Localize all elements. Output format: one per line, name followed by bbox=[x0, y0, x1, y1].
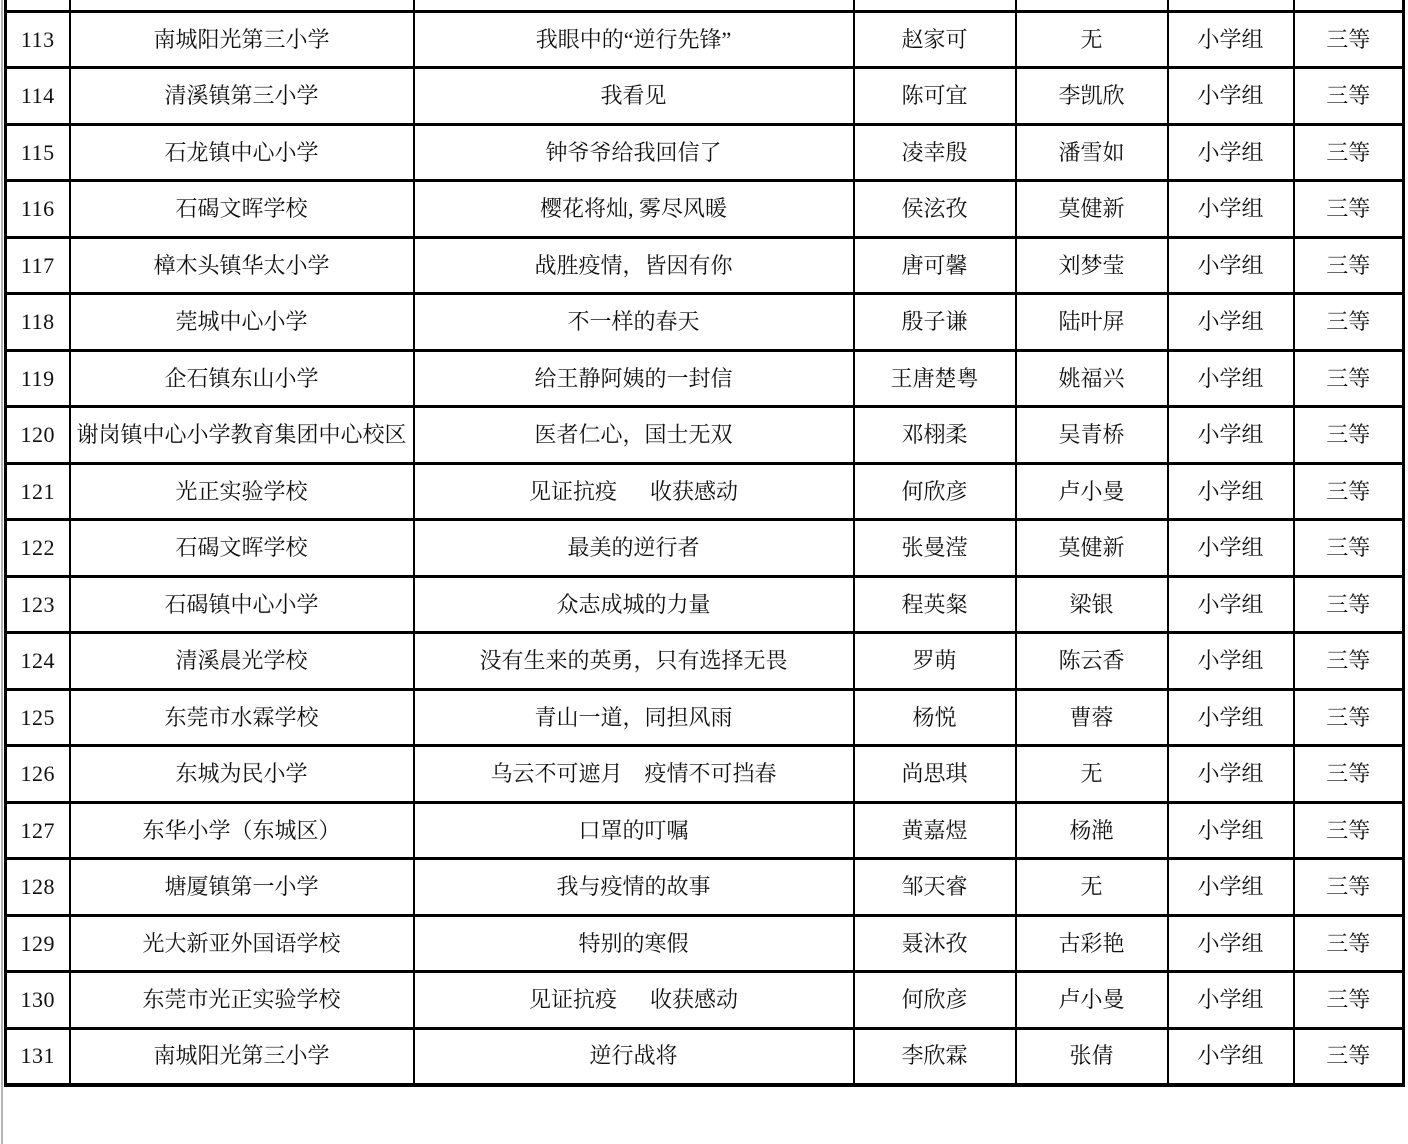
table-row: 131 南城阳光第三小学 逆行战将 李欣霖 张倩 小学组 三等 bbox=[6, 1028, 1404, 1085]
partial-cell bbox=[70, 0, 414, 11]
cell-award: 三等 bbox=[1294, 124, 1404, 181]
cell-group: 小学组 bbox=[1168, 124, 1294, 181]
cell-school: 石碣文晖学校 bbox=[70, 181, 414, 238]
cell-group: 小学组 bbox=[1168, 859, 1294, 916]
cell-title: 战胜疫情，皆因有你 bbox=[414, 237, 854, 294]
cell-no: 126 bbox=[6, 746, 70, 803]
cell-school: 光大新亚外国语学校 bbox=[70, 915, 414, 972]
cell-group: 小学组 bbox=[1168, 915, 1294, 972]
cell-award: 三等 bbox=[1294, 181, 1404, 238]
table-row: 126 东城为民小学 乌云不可遮月 疫情不可挡春 尚思琪 无 小学组 三等 bbox=[6, 746, 1404, 803]
cell-group: 小学组 bbox=[1168, 407, 1294, 464]
cell-title: 见证抗疫 收获感动 bbox=[414, 972, 854, 1029]
cell-school: 塘厦镇第一小学 bbox=[70, 859, 414, 916]
cell-no: 119 bbox=[6, 350, 70, 407]
cell-author: 侯泫孜 bbox=[854, 181, 1016, 238]
table-row: 117 樟木头镇华太小学 战胜疫情，皆因有你 唐可馨 刘梦莹 小学组 三等 bbox=[6, 237, 1404, 294]
cell-group: 小学组 bbox=[1168, 294, 1294, 351]
cell-teacher: 无 bbox=[1016, 746, 1168, 803]
cell-group: 小学组 bbox=[1168, 463, 1294, 520]
cell-author: 何欣彦 bbox=[854, 972, 1016, 1029]
cell-group: 小学组 bbox=[1168, 746, 1294, 803]
table-row: 113 南城阳光第三小学 我眼中的“逆行先锋” 赵家可 无 小学组 三等 bbox=[6, 11, 1404, 68]
cell-teacher: 卢小曼 bbox=[1016, 972, 1168, 1029]
cell-no: 124 bbox=[6, 633, 70, 690]
table-row: 123 石碣镇中心小学 众志成城的力量 程英粲 梁银 小学组 三等 bbox=[6, 576, 1404, 633]
cell-title: 我眼中的“逆行先锋” bbox=[414, 11, 854, 68]
cell-no: 118 bbox=[6, 294, 70, 351]
table-row: 125 东莞市水霖学校 青山一道，同担风雨 杨悦 曹蓉 小学组 三等 bbox=[6, 689, 1404, 746]
cell-school: 石龙镇中心小学 bbox=[70, 124, 414, 181]
partial-cell bbox=[1016, 0, 1168, 11]
cell-author: 罗萌 bbox=[854, 633, 1016, 690]
cell-school: 企石镇东山小学 bbox=[70, 350, 414, 407]
cell-no: 116 bbox=[6, 181, 70, 238]
cell-author: 赵家可 bbox=[854, 11, 1016, 68]
partial-cell bbox=[1294, 0, 1404, 11]
cell-author: 张曼滢 bbox=[854, 520, 1016, 577]
cell-school: 石碣镇中心小学 bbox=[70, 576, 414, 633]
cell-no: 127 bbox=[6, 802, 70, 859]
cell-group: 小学组 bbox=[1168, 689, 1294, 746]
cell-title: 乌云不可遮月 疫情不可挡春 bbox=[414, 746, 854, 803]
cell-group: 小学组 bbox=[1168, 576, 1294, 633]
cell-title: 逆行战将 bbox=[414, 1028, 854, 1085]
cell-school: 东城为民小学 bbox=[70, 746, 414, 803]
partial-row-top bbox=[6, 0, 1404, 11]
cell-title: 医者仁心，国士无双 bbox=[414, 407, 854, 464]
cell-teacher: 莫健新 bbox=[1016, 520, 1168, 577]
cell-no: 115 bbox=[6, 124, 70, 181]
table-row: 115 石龙镇中心小学 钟爷爷给我回信了 凌幸殷 潘雪如 小学组 三等 bbox=[6, 124, 1404, 181]
page-left-edge bbox=[1, 0, 3, 1144]
cell-author: 邓栩柔 bbox=[854, 407, 1016, 464]
cell-teacher: 梁银 bbox=[1016, 576, 1168, 633]
cell-author: 尚思琪 bbox=[854, 746, 1016, 803]
cell-school: 东莞市光正实验学校 bbox=[70, 972, 414, 1029]
cell-title: 青山一道，同担风雨 bbox=[414, 689, 854, 746]
cell-school: 石碣文晖学校 bbox=[70, 520, 414, 577]
cell-no: 128 bbox=[6, 859, 70, 916]
cell-teacher: 古彩艳 bbox=[1016, 915, 1168, 972]
cell-no: 117 bbox=[6, 237, 70, 294]
table-row: 120 谢岗镇中心小学教育集团中心校区 医者仁心，国士无双 邓栩柔 吴青桥 小学… bbox=[6, 407, 1404, 464]
cell-teacher: 陈云香 bbox=[1016, 633, 1168, 690]
cell-group: 小学组 bbox=[1168, 972, 1294, 1029]
cell-teacher: 曹蓉 bbox=[1016, 689, 1168, 746]
cell-award: 三等 bbox=[1294, 463, 1404, 520]
table-row: 122 石碣文晖学校 最美的逆行者 张曼滢 莫健新 小学组 三等 bbox=[6, 520, 1404, 577]
cell-teacher: 无 bbox=[1016, 11, 1168, 68]
cell-no: 120 bbox=[6, 407, 70, 464]
cell-title: 没有生来的英勇，只有选择无畏 bbox=[414, 633, 854, 690]
cell-group: 小学组 bbox=[1168, 633, 1294, 690]
cell-no: 113 bbox=[6, 11, 70, 68]
cell-award: 三等 bbox=[1294, 520, 1404, 577]
cell-award: 三等 bbox=[1294, 576, 1404, 633]
cell-school: 谢岗镇中心小学教育集团中心校区 bbox=[70, 407, 414, 464]
cell-title: 我与疫情的故事 bbox=[414, 859, 854, 916]
cell-award: 三等 bbox=[1294, 859, 1404, 916]
cell-title: 见证抗疫 收获感动 bbox=[414, 463, 854, 520]
cell-teacher: 张倩 bbox=[1016, 1028, 1168, 1085]
cell-award: 三等 bbox=[1294, 1028, 1404, 1085]
cell-no: 130 bbox=[6, 972, 70, 1029]
cell-school: 莞城中心小学 bbox=[70, 294, 414, 351]
cell-author: 陈可宜 bbox=[854, 68, 1016, 125]
cell-teacher: 莫健新 bbox=[1016, 181, 1168, 238]
table-row: 128 塘厦镇第一小学 我与疫情的故事 邹天睿 无 小学组 三等 bbox=[6, 859, 1404, 916]
cell-award: 三等 bbox=[1294, 294, 1404, 351]
partial-cell bbox=[414, 0, 854, 11]
cell-school: 东莞市水霖学校 bbox=[70, 689, 414, 746]
cell-title: 众志成城的力量 bbox=[414, 576, 854, 633]
cell-author: 程英粲 bbox=[854, 576, 1016, 633]
cell-author: 凌幸殷 bbox=[854, 124, 1016, 181]
document-page: 113 南城阳光第三小学 我眼中的“逆行先锋” 赵家可 无 小学组 三等 114… bbox=[0, 0, 1408, 1144]
cell-teacher: 吴青桥 bbox=[1016, 407, 1168, 464]
cell-author: 邹天睿 bbox=[854, 859, 1016, 916]
cell-no: 131 bbox=[6, 1028, 70, 1085]
cell-group: 小学组 bbox=[1168, 181, 1294, 238]
cell-no: 121 bbox=[6, 463, 70, 520]
cell-award: 三等 bbox=[1294, 633, 1404, 690]
cell-teacher: 杨滟 bbox=[1016, 802, 1168, 859]
cell-title: 樱花将灿, 雾尽风暖 bbox=[414, 181, 854, 238]
cell-title: 我看见 bbox=[414, 68, 854, 125]
cell-teacher: 潘雪如 bbox=[1016, 124, 1168, 181]
cell-title: 钟爷爷给我回信了 bbox=[414, 124, 854, 181]
cell-award: 三等 bbox=[1294, 802, 1404, 859]
cell-award: 三等 bbox=[1294, 915, 1404, 972]
cell-award: 三等 bbox=[1294, 407, 1404, 464]
cell-author: 黄嘉煜 bbox=[854, 802, 1016, 859]
table-row: 124 清溪晨光学校 没有生来的英勇，只有选择无畏 罗萌 陈云香 小学组 三等 bbox=[6, 633, 1404, 690]
cell-group: 小学组 bbox=[1168, 520, 1294, 577]
cell-author: 何欣彦 bbox=[854, 463, 1016, 520]
cell-group: 小学组 bbox=[1168, 11, 1294, 68]
cell-title: 给王静阿姨的一封信 bbox=[414, 350, 854, 407]
cell-author: 唐可馨 bbox=[854, 237, 1016, 294]
cell-teacher: 姚福兴 bbox=[1016, 350, 1168, 407]
cell-award: 三等 bbox=[1294, 689, 1404, 746]
awards-table: 113 南城阳光第三小学 我眼中的“逆行先锋” 赵家可 无 小学组 三等 114… bbox=[4, 0, 1405, 1087]
cell-school: 光正实验学校 bbox=[70, 463, 414, 520]
cell-author: 聂沐孜 bbox=[854, 915, 1016, 972]
partial-cell bbox=[1168, 0, 1294, 11]
cell-group: 小学组 bbox=[1168, 68, 1294, 125]
cell-title: 最美的逆行者 bbox=[414, 520, 854, 577]
cell-award: 三等 bbox=[1294, 68, 1404, 125]
cell-teacher: 陆叶屏 bbox=[1016, 294, 1168, 351]
cell-title: 特别的寒假 bbox=[414, 915, 854, 972]
cell-author: 殷子谦 bbox=[854, 294, 1016, 351]
cell-title: 口罩的叮嘱 bbox=[414, 802, 854, 859]
cell-school: 清溪镇第三小学 bbox=[70, 68, 414, 125]
cell-group: 小学组 bbox=[1168, 237, 1294, 294]
cell-no: 123 bbox=[6, 576, 70, 633]
table-row: 119 企石镇东山小学 给王静阿姨的一封信 王唐楚粤 姚福兴 小学组 三等 bbox=[6, 350, 1404, 407]
table-row: 121 光正实验学校 见证抗疫 收获感动 何欣彦 卢小曼 小学组 三等 bbox=[6, 463, 1404, 520]
cell-group: 小学组 bbox=[1168, 350, 1294, 407]
cell-no: 122 bbox=[6, 520, 70, 577]
cell-award: 三等 bbox=[1294, 237, 1404, 294]
cell-author: 杨悦 bbox=[854, 689, 1016, 746]
cell-school: 东华小学（东城区） bbox=[70, 802, 414, 859]
cell-school: 南城阳光第三小学 bbox=[70, 1028, 414, 1085]
table-row: 114 清溪镇第三小学 我看见 陈可宜 李凯欣 小学组 三等 bbox=[6, 68, 1404, 125]
table-row: 127 东华小学（东城区） 口罩的叮嘱 黄嘉煜 杨滟 小学组 三等 bbox=[6, 802, 1404, 859]
cell-group: 小学组 bbox=[1168, 1028, 1294, 1085]
cell-school: 南城阳光第三小学 bbox=[70, 11, 414, 68]
cell-teacher: 卢小曼 bbox=[1016, 463, 1168, 520]
cell-school: 樟木头镇华太小学 bbox=[70, 237, 414, 294]
cell-author: 李欣霖 bbox=[854, 1028, 1016, 1085]
table-row: 118 莞城中心小学 不一样的春天 殷子谦 陆叶屏 小学组 三等 bbox=[6, 294, 1404, 351]
cell-teacher: 刘梦莹 bbox=[1016, 237, 1168, 294]
partial-cell bbox=[854, 0, 1016, 11]
cell-award: 三等 bbox=[1294, 11, 1404, 68]
cell-teacher: 李凯欣 bbox=[1016, 68, 1168, 125]
cell-school: 清溪晨光学校 bbox=[70, 633, 414, 690]
table-row: 130 东莞市光正实验学校 见证抗疫 收获感动 何欣彦 卢小曼 小学组 三等 bbox=[6, 972, 1404, 1029]
cell-author: 王唐楚粤 bbox=[854, 350, 1016, 407]
table-row: 116 石碣文晖学校 樱花将灿, 雾尽风暖 侯泫孜 莫健新 小学组 三等 bbox=[6, 181, 1404, 238]
cell-award: 三等 bbox=[1294, 746, 1404, 803]
cell-no: 129 bbox=[6, 915, 70, 972]
cell-title: 不一样的春天 bbox=[414, 294, 854, 351]
cell-no: 125 bbox=[6, 689, 70, 746]
cell-no: 114 bbox=[6, 68, 70, 125]
cell-group: 小学组 bbox=[1168, 802, 1294, 859]
cell-award: 三等 bbox=[1294, 972, 1404, 1029]
table-row: 129 光大新亚外国语学校 特别的寒假 聂沐孜 古彩艳 小学组 三等 bbox=[6, 915, 1404, 972]
cell-teacher: 无 bbox=[1016, 859, 1168, 916]
partial-cell bbox=[6, 0, 70, 11]
cell-award: 三等 bbox=[1294, 350, 1404, 407]
